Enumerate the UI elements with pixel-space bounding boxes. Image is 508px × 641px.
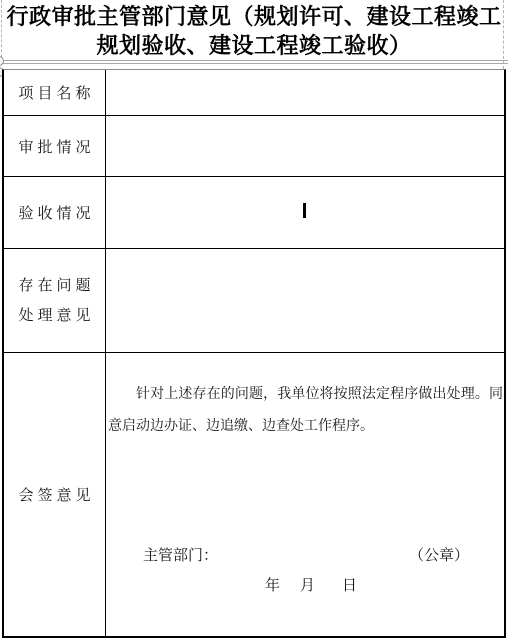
acceptance-status-field[interactable] (106, 177, 504, 249)
label-opinions-text: 处理意见 (14, 301, 94, 331)
countersign-field[interactable]: 针对上述存在的问题，我单位将按照法定程序做出处理。同意启动边办证、边追缴、边查处… (106, 353, 504, 636)
form-title: 行政审批主管部门意见（规划许可、建设工程竣工 规划验收、建设工程竣工验收） (0, 2, 508, 60)
label-problems-text: 存在问题 (14, 271, 94, 301)
label-acceptance-status: 验收情况 (4, 177, 106, 249)
approval-status-field[interactable] (106, 116, 504, 177)
label-acceptance-status-text: 验收情况 (14, 202, 94, 223)
label-approval-status-text: 审批情况 (14, 136, 94, 157)
form-title-line2: 规划验收、建设工程竣工验收） (0, 31, 508, 60)
label-approval-status: 审批情况 (4, 116, 106, 177)
year-label: 年 (265, 574, 280, 595)
title-divider-rule (0, 60, 508, 64)
project-name-field[interactable] (106, 70, 504, 116)
date-line: 年 月 日 (106, 574, 504, 592)
label-project-name-text: 项目名称 (14, 82, 94, 103)
form-title-line1: 行政审批主管部门意见（规划许可、建设工程竣工 (0, 2, 508, 31)
document-page: 行政审批主管部门意见（规划许可、建设工程竣工 规划验收、建设工程竣工验收） 项目… (0, 0, 508, 641)
department-label: 主管部门： (143, 544, 218, 565)
day-label: 日 (342, 574, 357, 595)
label-problems-opinions: 存在问题 处理意见 (4, 249, 106, 353)
signature-line: 主管部门： （公章） (106, 544, 504, 562)
month-label: 月 (300, 574, 315, 595)
label-countersign: 会签意见 (4, 353, 106, 636)
countersign-paragraph: 针对上述存在的问题，我单位将按照法定程序做出处理。同意启动边办证、边追缴、边查处… (108, 379, 503, 443)
label-project-name: 项目名称 (4, 70, 106, 116)
problems-opinions-field[interactable] (106, 249, 504, 353)
label-countersign-text: 会签意见 (14, 484, 94, 505)
official-seal-label: （公章） (409, 544, 469, 565)
approval-form-table: 项目名称 审批情况 验收情况 存在问题 处理意见 会签意见 针对上述存在的问题，… (2, 69, 506, 638)
text-cursor (303, 203, 306, 218)
